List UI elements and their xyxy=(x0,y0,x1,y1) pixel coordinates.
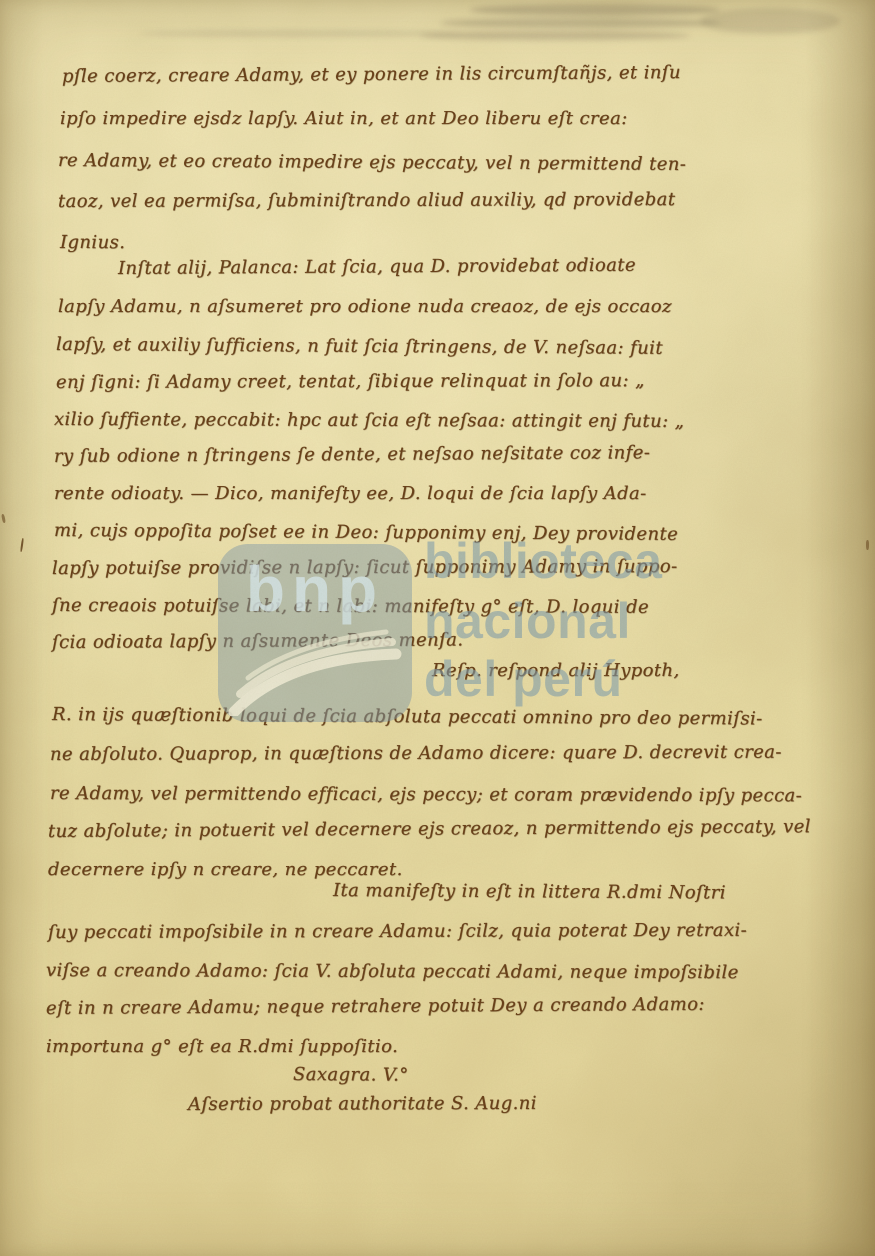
manuscript-line: viſse a creando Adamo: ſcia V. abſoluta … xyxy=(46,958,739,986)
top-smudge xyxy=(470,4,720,16)
top-smudge xyxy=(440,18,720,28)
manuscript-line: re Adamy, et eo creato impedire ejs pecc… xyxy=(58,148,686,178)
manuscript-line: Aſsertio probat authoritate S. Aug.ni xyxy=(188,1091,537,1118)
manuscript-line: ry ſub odione n ſtringens ſe dente, et n… xyxy=(54,440,650,470)
manuscript-line: Ignius. xyxy=(60,230,125,256)
ink-speck xyxy=(20,538,24,552)
manuscript-line: pſle coerz, creare Adamy, et ey ponere i… xyxy=(62,60,681,90)
top-smudge xyxy=(420,31,690,40)
manuscript-line: enj ſigni: ſi Adamy creet, tentat, ſibiq… xyxy=(56,368,645,396)
manuscript-line: Reſp. reſpond alij Hypoth, xyxy=(432,658,680,684)
manuscript-line: ſuy peccati impoſsibile in n creare Adam… xyxy=(48,918,747,946)
ink-speck xyxy=(1,514,6,523)
ink-speck xyxy=(866,540,869,550)
manuscript-line: ſcia odioata lapſy n aſsumente Deos menſ… xyxy=(52,627,464,656)
manuscript-line: xilio ſuffiente, peccabit: hpc aut ſcia … xyxy=(54,407,684,435)
top-smudge xyxy=(700,8,840,34)
manuscript-line: mi, cujs oppoſita poſset ee in Deo: ſupp… xyxy=(54,518,678,548)
manuscript-line: ipſo impedire ejsdz lapſy. Aiut in, et a… xyxy=(60,106,628,132)
manuscript-line: lapſy, et auxiliy ſufficiens, n fuit ſci… xyxy=(56,332,663,362)
manuscript-line: tuz abſolute; in potuerit vel decernere … xyxy=(48,814,811,845)
manuscript-line: taoz, vel ea permiſsa, ſubminiſtrando al… xyxy=(58,187,676,215)
manuscript-line: eſt in n creare Adamu; neque retrahere p… xyxy=(46,992,705,1022)
manuscript-line: ſne creaois potuiſse labi, et n labi: ma… xyxy=(52,593,649,621)
manuscript-page: pſle coerz, creare Adamy, et ey ponere i… xyxy=(0,0,875,1256)
manuscript-line: ne abſoluto. Quaprop, in quæſtions de Ad… xyxy=(50,740,782,768)
manuscript-line: lapſy potuiſse providiſse n lapſy: ſicut… xyxy=(52,554,678,582)
top-smudge xyxy=(140,30,460,37)
manuscript-line: rente odioaty. — Dico, manifeſty ee, D. … xyxy=(54,481,647,507)
manuscript-line: lapſy Adamu, n aſsumeret pro odione nuda… xyxy=(58,294,672,320)
manuscript-line: Inſtat alij, Palanca: Lat ſcia, qua D. p… xyxy=(118,253,636,282)
manuscript-line: Saxagra. V.° xyxy=(293,1062,409,1089)
manuscript-line: re Adamy, vel permittendo efficaci, ejs … xyxy=(50,781,802,809)
manuscript-line: R. in ijs quæſtionib loqui de ſcia abſol… xyxy=(52,702,763,732)
manuscript-line: importuna g° eſt ea R.dmi ſuppoſitio. xyxy=(46,1034,398,1060)
manuscript-line: Ita manifeſty in eſt in littera R.dmi No… xyxy=(333,878,726,906)
